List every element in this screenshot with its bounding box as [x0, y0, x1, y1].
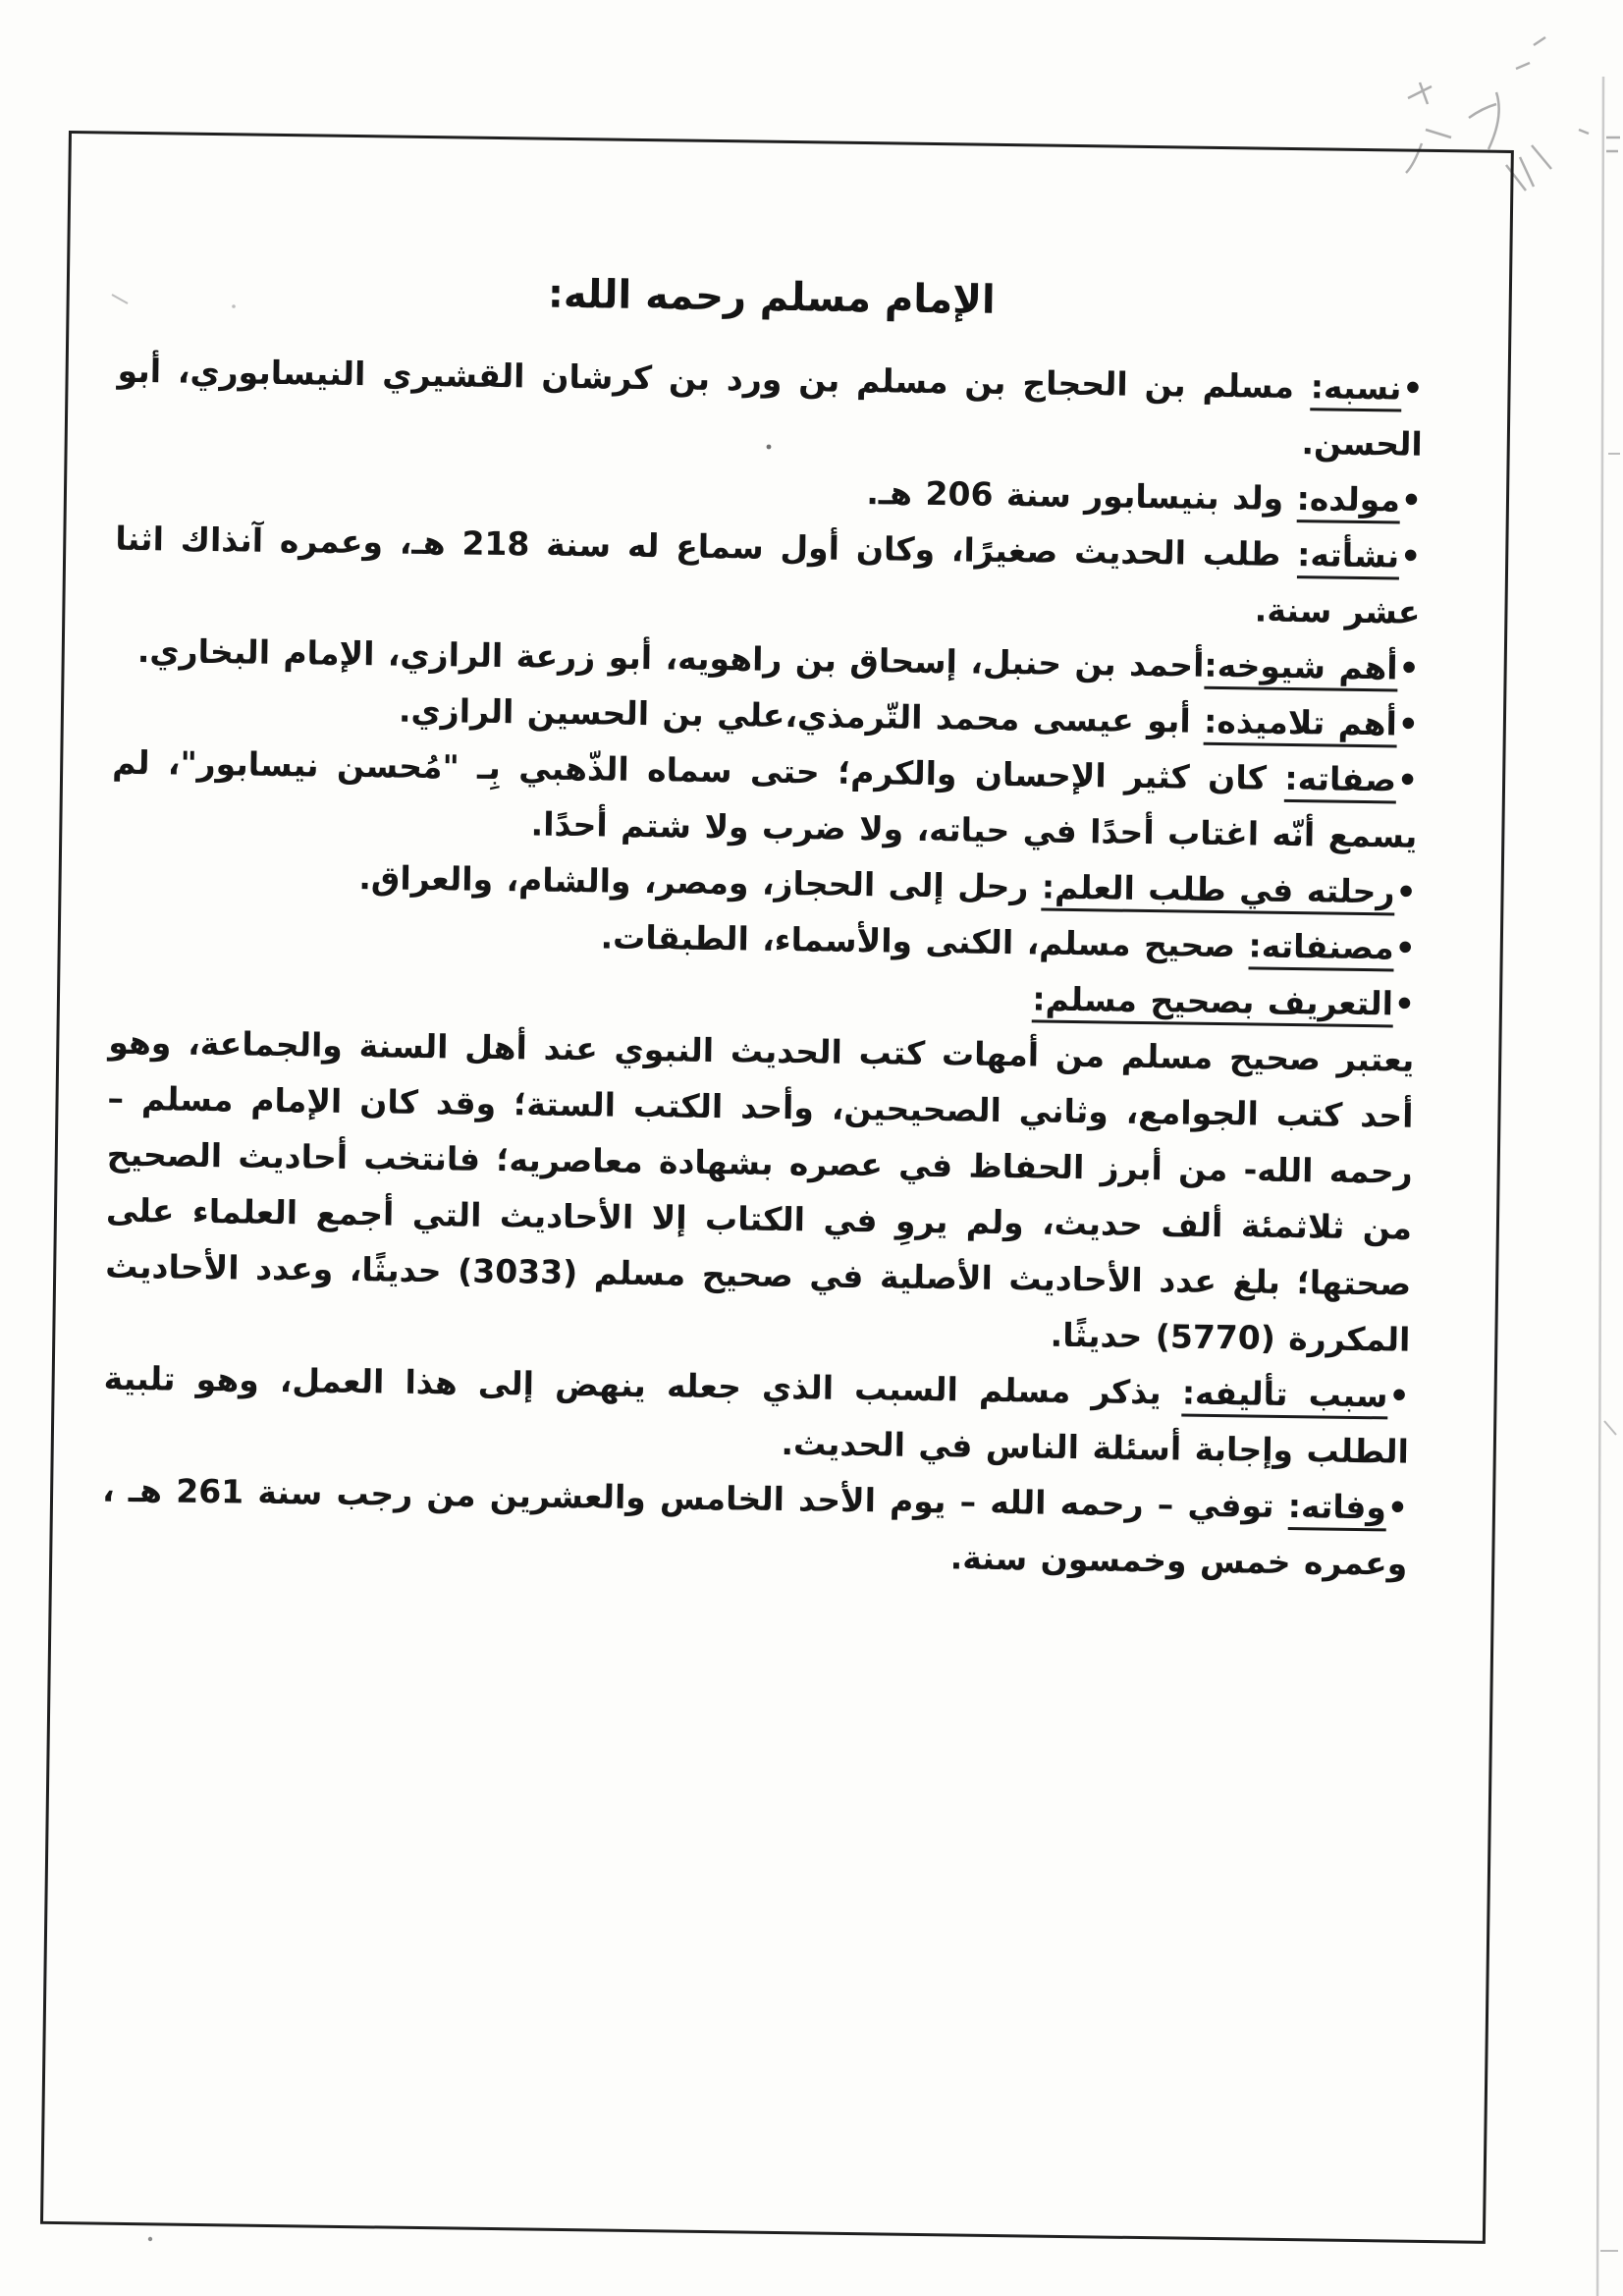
item-text: أحمد بن حنبل، إسحاق بن راهويه، أبو زرعة …	[137, 631, 1205, 684]
bullet-icon: •	[1399, 536, 1422, 574]
item-label: التعريف بصحيح مسلم:	[1032, 979, 1393, 1027]
scanned-document-page: { "colors":{"ink":"#161616","frame_borde…	[0, 0, 1623, 2296]
ink-speck	[148, 2237, 152, 2241]
item-label: رحلته في طلب العلم:	[1042, 868, 1395, 916]
item-label: نسبه:	[1310, 367, 1401, 411]
page-title: الإمام مسلم رحمه الله:	[118, 260, 1425, 335]
item-text: طلب الحديث صغيرًا، وكان أول سماع له سنة …	[115, 519, 1421, 631]
bullet-icon: •	[1401, 369, 1424, 408]
item-text: كان كثير الإحسان والكرم؛ حتى سماه الذّهب…	[112, 743, 1418, 855]
bullet-icon: •	[1397, 704, 1420, 742]
bullet-icon: •	[1393, 928, 1416, 966]
item-traits: •صفاته: كان كثير الإحسان والكرم؛ حتى سما…	[111, 735, 1418, 864]
bullet-icon: •	[1394, 872, 1417, 910]
bullet-icon: •	[1396, 760, 1419, 798]
item-authoring-reason: •سبب تأليفه: يذكر مسلم السبب الذي جعله ي…	[103, 1350, 1410, 1480]
item-label: مولده:	[1296, 479, 1400, 523]
item-label: أهم تلاميذه:	[1204, 702, 1397, 748]
bullet-icon: •	[1400, 480, 1423, 519]
item-label: صفاته:	[1284, 759, 1396, 804]
item-lineage: •نسبه: مسلم بن الحجاج بن مسلم بن ورد بن …	[117, 343, 1424, 472]
sahih-definition-paragraph: يعتبر صحيح مسلم من أمهات كتب الحديث النب…	[104, 1014, 1415, 1368]
item-text: صحيح مسلم، الكنى والأسماء، الطبقات.	[600, 917, 1248, 964]
item-text: توفي – رحمه الله – يوم الأحد الخامس والع…	[102, 1471, 1408, 1583]
item-label: سبب تأليفه:	[1182, 1374, 1388, 1420]
item-label: وفاته:	[1287, 1487, 1386, 1531]
bullet-icon: •	[1386, 1488, 1409, 1526]
bullet-icon: •	[1393, 984, 1416, 1022]
bullet-icon: •	[1387, 1376, 1410, 1414]
item-label: أهم شيوخه:	[1204, 646, 1398, 692]
item-text: أبو عيسى محمد التّرمذي،علي بن الحسين الر…	[399, 691, 1205, 740]
scanner-edge-line	[1597, 77, 1603, 2296]
item-text: رحل إلى الحجاز، ومصر، والشام، والعراق.	[358, 858, 1042, 905]
page-border-frame: الإمام مسلم رحمه الله: •نسبه: مسلم بن ال…	[40, 131, 1514, 2244]
item-upbringing: •نشأته: طلب الحديث صغيرًا، وكان أول سماع…	[114, 511, 1421, 640]
item-label: مصنفاته:	[1248, 926, 1394, 971]
item-label: نشأته:	[1297, 535, 1400, 579]
item-death: •وفاته: توفي – رحمه الله – يوم الأحد الخ…	[101, 1462, 1408, 1592]
item-text: مسلم بن الحجاج بن مسلم بن ورد بن كرشان ا…	[117, 352, 1423, 464]
bullet-icon: •	[1397, 648, 1420, 686]
item-text: ولد بنيسابور سنة 206 هـ.	[866, 473, 1297, 518]
